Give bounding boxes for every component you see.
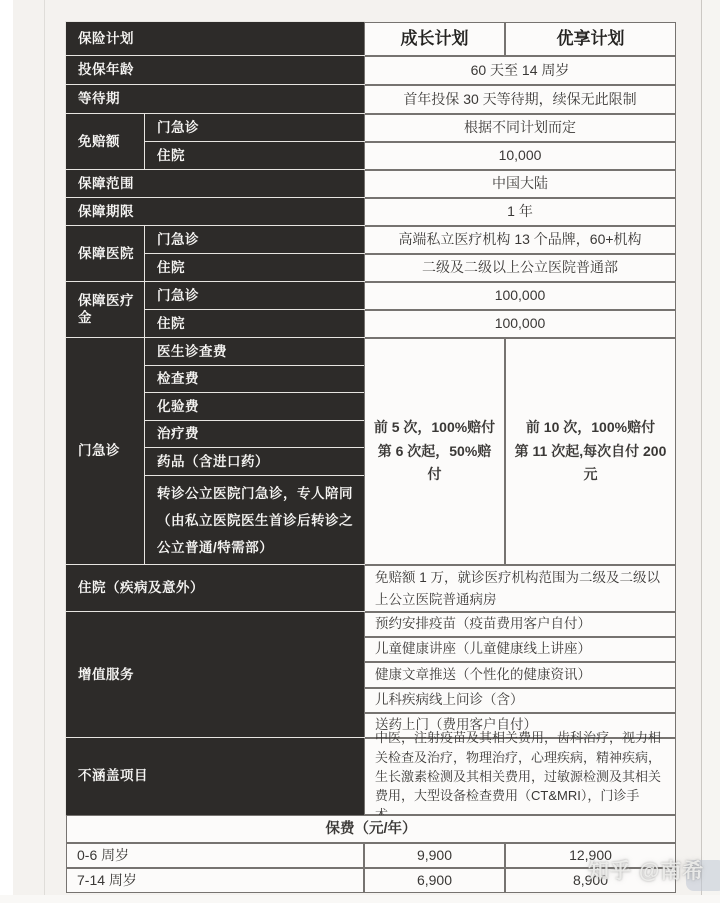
photo-left-edge-line xyxy=(44,0,45,903)
photo-left-strip xyxy=(0,0,13,903)
plan-a-claim-line-2: 第 6 次起，50%赔付 xyxy=(371,440,498,488)
value-added-item-vaccine: 预约安排疫苗（疫苗费用客户自付） xyxy=(364,612,676,637)
header-plan-b: 优享计划 xyxy=(505,22,676,56)
outpatient-plan-a-claim: 前 5 次，100%赔付 第 6 次起，50%赔付 xyxy=(364,338,505,565)
deductible-outpatient-label: 门急诊 xyxy=(145,114,364,142)
photo-right-margin xyxy=(702,0,720,903)
photo-right-edge-line xyxy=(701,0,702,903)
premium-row-1-label: 7-14 周岁 xyxy=(66,868,364,893)
row-age-label: 投保年龄 xyxy=(66,56,364,85)
insurance-plan-table: 保险计划 成长计划 优享计划 投保年龄 60 天至 14 周岁 等待期 首年投保… xyxy=(66,22,676,893)
row-inpatient-label: 住院（疾病及意外） xyxy=(66,565,364,612)
outpatient-item-exam-fee: 检查费 xyxy=(145,366,364,393)
outpatient-item-treatment-fee: 治疗费 xyxy=(145,421,364,448)
value-added-item-lecture: 儿童健康讲座（儿童健康线上讲座） xyxy=(364,637,676,662)
benefit-outpatient-label: 门急诊 xyxy=(145,282,364,310)
photo-bottom-strip xyxy=(0,895,720,903)
row-waiting-label: 等待期 xyxy=(66,85,364,114)
hospitals-outpatient-label: 门急诊 xyxy=(145,226,364,254)
outpatient-item-doctor-fee: 医生诊查费 xyxy=(145,338,364,366)
premium-row-0-plan-a: 9,900 xyxy=(364,843,505,868)
premium-section-header: 保费（元/年） xyxy=(66,815,676,843)
row-term-label: 保障期限 xyxy=(66,198,364,226)
hospitals-outpatient-value: 高端私立医疗机构 13 个品牌，60+机构 xyxy=(364,226,676,254)
header-plan-column-label: 保险计划 xyxy=(66,22,364,56)
benefit-inpatient-value: 100,000 xyxy=(364,310,676,338)
row-area-label: 保障范围 xyxy=(66,170,364,198)
hospitals-inpatient-label: 住院 xyxy=(145,254,364,282)
header-plan-a: 成长计划 xyxy=(364,22,505,56)
outpatient-item-medicine: 药品（含进口药） xyxy=(145,448,364,476)
plan-a-claim-line-1: 前 5 次，100%赔付 xyxy=(374,416,495,440)
group-outpatient-detail-label: 门急诊 xyxy=(66,338,145,565)
value-added-item-online-consult: 儿科疾病线上问诊（含） xyxy=(364,688,676,713)
value-added-item-articles: 健康文章推送（个性化的健康资讯） xyxy=(364,662,676,688)
benefit-outpatient-value: 100,000 xyxy=(364,282,676,310)
row-age-value: 60 天至 14 周岁 xyxy=(364,56,676,85)
hospitals-inpatient-value: 二级及二级以上公立医院普通部 xyxy=(364,254,676,282)
outpatient-plan-b-claim: 前 10 次，100%赔付 第 11 次起,每次自付 200 元 xyxy=(505,338,676,565)
group-deductible-label: 免赔额 xyxy=(66,114,145,170)
outpatient-item-referral: 转诊公立医院门急诊，专人陪同（由私立医院医生首诊后转诊之公立普通/特需部） xyxy=(145,476,364,565)
deductible-inpatient-label: 住院 xyxy=(145,142,364,170)
outpatient-item-lab-fee: 化验费 xyxy=(145,393,364,421)
premium-row-0-label: 0-6 周岁 xyxy=(66,843,364,868)
benefit-inpatient-label: 住院 xyxy=(145,310,364,338)
plan-b-claim-line-1: 前 10 次，100%赔付 xyxy=(526,416,655,440)
row-exclusions-value: 中医，注射疫苗及其相关费用，齿科治疗，视力相关检查及治疗，物理治疗，心理疾病，精… xyxy=(364,738,676,815)
row-waiting-value: 首年投保 30 天等待期，续保无此限制 xyxy=(364,85,676,114)
deductible-outpatient-value: 根据不同计划而定 xyxy=(364,114,676,142)
plan-b-claim-line-2: 第 11 次起,每次自付 200 元 xyxy=(512,440,669,488)
group-hospitals-label: 保障医院 xyxy=(66,226,145,282)
group-benefit-amount-label: 保障医疗金 xyxy=(66,282,145,338)
row-inpatient-value: 免赔额 1 万，就诊医疗机构范围为二级及二级以上公立医院普通病房 xyxy=(364,565,676,612)
zhihu-watermark-text: 知乎 @南希 xyxy=(588,855,718,885)
row-term-value: 1 年 xyxy=(364,198,676,226)
group-value-added-label: 增值服务 xyxy=(66,612,364,738)
premium-row-1-plan-a: 6,900 xyxy=(364,868,505,893)
row-area-value: 中国大陆 xyxy=(364,170,676,198)
deductible-inpatient-value: 10,000 xyxy=(364,142,676,170)
row-exclusions-label: 不涵盖项目 xyxy=(66,738,364,815)
